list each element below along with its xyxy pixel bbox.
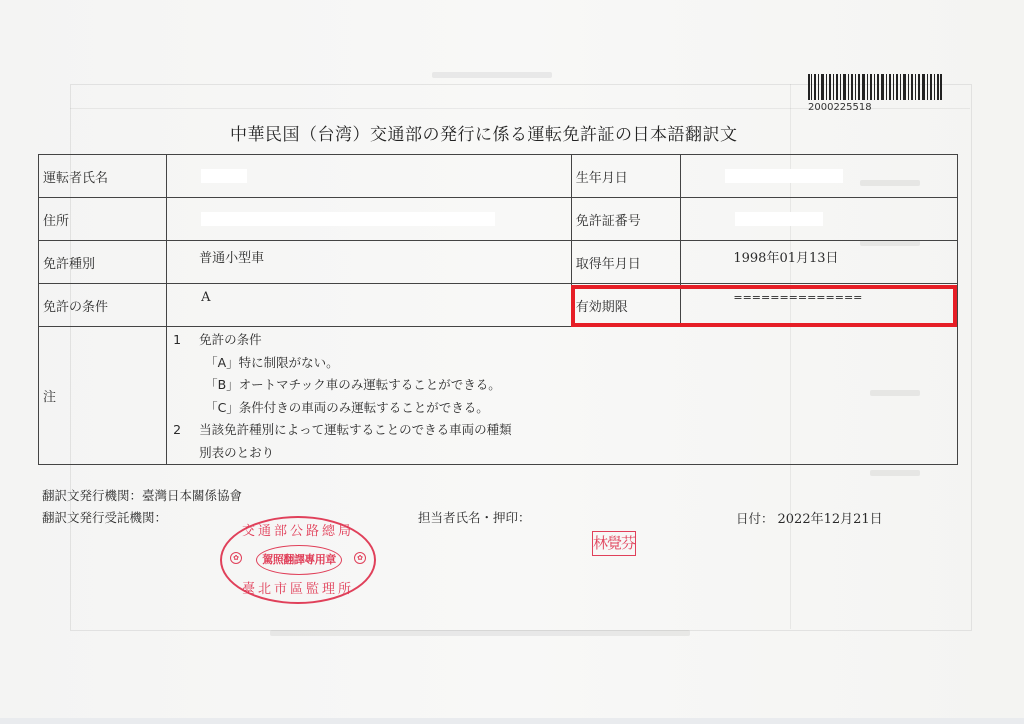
license-number-value bbox=[681, 198, 958, 241]
notes-list: 1免許の条件「A」特に制限がない。「B」オートマチック車のみ運転することができる… bbox=[171, 329, 953, 464]
plum-blossom-icon: ✿ bbox=[230, 552, 242, 564]
stamp-top-text: 交通部公路總局 bbox=[236, 520, 360, 539]
note-number: 2 bbox=[173, 419, 199, 442]
expiry-date-value: ============== bbox=[681, 284, 958, 327]
birth-date-label: 生年月日 bbox=[571, 155, 681, 198]
barcode-icon bbox=[808, 74, 942, 100]
scanned-page: 2000225518 中華民国（台湾）交通部の発行に係る運転免許証の日本語翻訳文… bbox=[0, 0, 1024, 718]
license-conditions-label: 免許の条件 bbox=[39, 284, 167, 327]
driver-name-label: 運転者氏名 bbox=[39, 155, 167, 198]
license-type-text: 普通小型車 bbox=[199, 251, 264, 266]
redacted-block bbox=[201, 169, 247, 183]
notes-content: 1免許の条件「A」特に制限がない。「B」オートマチック車のみ運転することができる… bbox=[167, 327, 958, 465]
acquisition-date-value: 1998年01月13日 bbox=[681, 241, 958, 284]
date-label: 日付： bbox=[736, 511, 774, 526]
note-item: 2当該免許種別によって運転することのできる車両の種類 bbox=[173, 419, 953, 442]
note-text: 別表のとおり bbox=[199, 445, 274, 460]
license-type-value: 普通小型車 bbox=[167, 241, 572, 284]
expiry-date-text: ============== bbox=[733, 291, 862, 304]
notes-label: 注 bbox=[39, 327, 167, 465]
plum-blossom-icon: ✿ bbox=[354, 552, 366, 564]
note-item: 「B」オートマチック車のみ運転することができる。 bbox=[173, 374, 953, 397]
note-item: 「A」特に制限がない。 bbox=[173, 352, 953, 375]
bleed-text bbox=[870, 470, 920, 476]
date-value: 2022年12月21日 bbox=[778, 512, 883, 527]
address-label: 住所 bbox=[39, 198, 167, 241]
license-number-label: 免許証番号 bbox=[571, 198, 681, 241]
note-text: 免許の条件 bbox=[199, 332, 262, 347]
issuing-org-value: 臺灣日本關係協會 bbox=[142, 488, 242, 503]
acquisition-date-text: 1998年01月13日 bbox=[733, 251, 838, 266]
license-type-label: 免許種別 bbox=[39, 241, 167, 284]
table-row: 運転者氏名 生年月日 bbox=[39, 155, 958, 198]
acquisition-date-label: 取得年月日 bbox=[571, 241, 681, 284]
bleed-text bbox=[432, 72, 552, 78]
redacted-block bbox=[725, 169, 843, 183]
notes-row: 注 1免許の条件「A」特に制限がない。「B」オートマチック車のみ運転することがで… bbox=[39, 327, 958, 465]
note-item: 1免許の条件 bbox=[173, 329, 953, 352]
document-title: 中華民国（台湾）交通部の発行に係る運転免許証の日本語翻訳文 bbox=[230, 120, 770, 145]
note-text: 「B」オートマチック車のみ運転することができる。 bbox=[199, 377, 501, 392]
issuing-org-line: 翻訳文発行機関：臺灣日本關係協會 bbox=[42, 486, 242, 504]
official-stamp: 交通部公路總局 ✿ 駕照翻譯專用章 ✿ 臺北市區監理所 bbox=[220, 516, 376, 604]
note-item: 「C」条件付きの車両のみ運転することができる。 bbox=[173, 397, 953, 420]
commissioned-org-label: 翻訳文発行受託機関： bbox=[42, 508, 167, 526]
table-row: 免許種別 普通小型車 取得年月日 1998年01月13日 bbox=[39, 241, 958, 284]
table-row: 免許の条件 A 有効期限 ============== bbox=[39, 284, 958, 327]
expiry-date-label: 有効期限 bbox=[571, 284, 681, 327]
address-value bbox=[167, 198, 572, 241]
note-text: 「A」特に制限がない。 bbox=[199, 355, 339, 370]
table-row: 住所 免許証番号 bbox=[39, 198, 958, 241]
note-text: 当該免許種別によって運転することのできる車両の種類 bbox=[199, 422, 512, 437]
license-conditions-value: A bbox=[167, 284, 572, 327]
stamp-center-text: 駕照翻譯專用章 bbox=[256, 545, 342, 575]
license-info-table: 運転者氏名 生年月日 住所 免許証番号 免許種別 普通小型車 取得年月日 199… bbox=[38, 154, 958, 465]
stamp-bottom-text: 臺北市區監理所 bbox=[236, 578, 360, 597]
barcode-number: 2000225518 bbox=[808, 102, 872, 113]
date-line: 日付： 2022年12月21日 bbox=[736, 508, 883, 527]
note-item: 別表のとおり bbox=[173, 442, 953, 465]
person-in-charge-label: 担当者氏名・押印： bbox=[418, 508, 531, 526]
personal-seal: 林覺芬 bbox=[592, 531, 636, 556]
page-edge bbox=[0, 718, 1024, 724]
note-number: 1 bbox=[173, 329, 199, 352]
driver-name-value bbox=[167, 155, 572, 198]
issuing-org-label: 翻訳文発行機関： bbox=[42, 488, 142, 503]
bleed-text bbox=[270, 630, 690, 636]
note-text: 「C」条件付きの車両のみ運転することができる。 bbox=[199, 400, 489, 415]
redacted-block bbox=[201, 212, 495, 226]
redacted-block bbox=[735, 212, 823, 226]
license-conditions-text: A bbox=[201, 290, 210, 305]
birth-date-value bbox=[681, 155, 958, 198]
